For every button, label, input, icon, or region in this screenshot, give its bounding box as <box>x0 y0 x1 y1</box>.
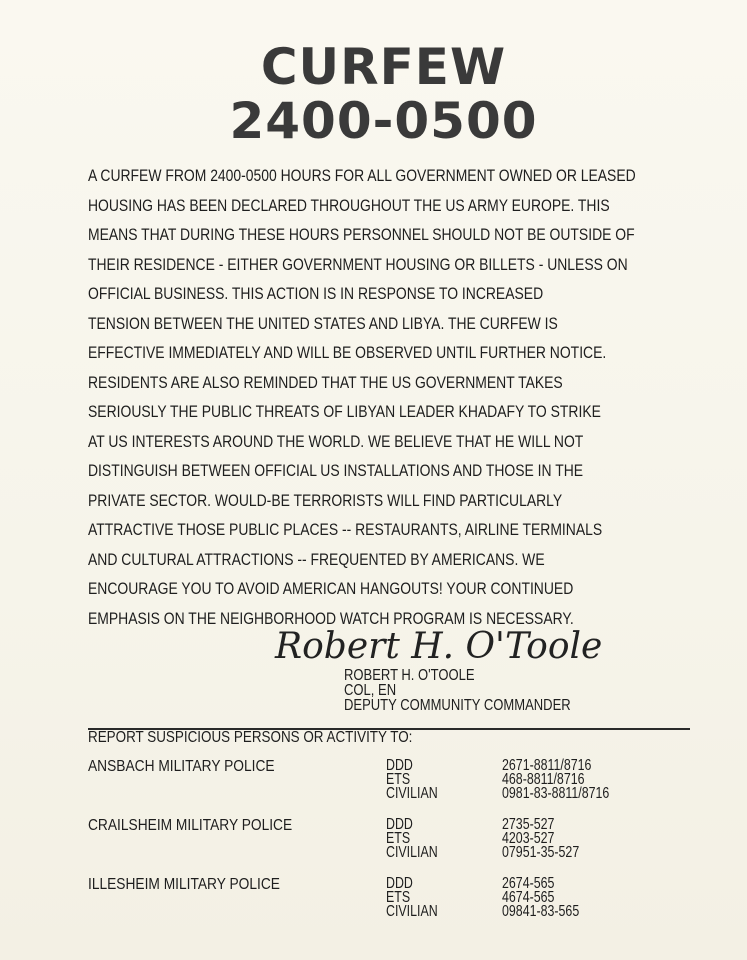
document-subtitle: 2400-0500 <box>10 92 747 150</box>
body-line: TENSION BETWEEN THE UNITED STATES AND LI… <box>88 310 690 340</box>
document-title: CURFEW <box>10 38 747 96</box>
phone-number: 09841-83-565 <box>502 904 579 919</box>
body-line: EFFECTIVE IMMEDIATELY AND WILL BE OBSERV… <box>88 339 690 369</box>
body-line: ENCOURAGE YOU TO AVOID AMERICAN HANGOUTS… <box>88 575 690 605</box>
report-heading: REPORT SUSPICIOUS PERSONS OR ACTIVITY TO… <box>88 729 412 747</box>
station-name: CRAILSHEIM MILITARY POLICE <box>88 817 292 835</box>
phone-type: CIVILIAN <box>386 845 438 860</box>
body-line: AT US INTERESTS AROUND THE WORLD. WE BEL… <box>88 428 690 458</box>
signer-name: ROBERT H. O'TOOLE <box>344 668 571 683</box>
signer-position: DEPUTY COMMUNITY COMMANDER <box>344 698 571 713</box>
body-line: ATTRACTIVE THOSE PUBLIC PLACES -- RESTAU… <box>88 516 690 546</box>
station-name: ANSBACH MILITARY POLICE <box>88 758 275 776</box>
phone-number: 0981-83-8811/8716 <box>502 786 609 801</box>
body-line: DISTINGUISH BETWEEN OFFICIAL US INSTALLA… <box>88 457 690 487</box>
body-text: A CURFEW FROM 2400-0500 HOURS FOR ALL GO… <box>88 162 604 634</box>
station-name: ILLESHEIM MILITARY POLICE <box>88 876 280 894</box>
phone-number: 07951-35-527 <box>502 845 579 860</box>
body-line: AND CULTURAL ATTRACTIONS -- FREQUENTED B… <box>88 546 690 576</box>
body-line: A CURFEW FROM 2400-0500 HOURS FOR ALL GO… <box>88 162 690 192</box>
body-line: HOUSING HAS BEEN DECLARED THROUGHOUT THE… <box>88 192 690 222</box>
body-line: SERIOUSLY THE PUBLIC THREATS OF LIBYAN L… <box>88 398 690 428</box>
body-line: THEIR RESIDENCE - EITHER GOVERNMENT HOUS… <box>88 251 690 281</box>
body-line: MEANS THAT DURING THESE HOURS PERSONNEL … <box>88 221 690 251</box>
body-line: OFFICIAL BUSINESS. THIS ACTION IS IN RES… <box>88 280 690 310</box>
handwritten-signature: Robert H. O'Toole <box>275 626 602 667</box>
phone-type: CIVILIAN <box>386 904 438 919</box>
body-line: RESIDENTS ARE ALSO REMINDED THAT THE US … <box>88 369 690 399</box>
signature-block: ROBERT H. O'TOOLE COL, EN DEPUTY COMMUNI… <box>344 668 571 713</box>
signer-rank: COL, EN <box>344 683 571 698</box>
phone-type: CIVILIAN <box>386 786 438 801</box>
body-line: PRIVATE SECTOR. WOULD-BE TERRORISTS WILL… <box>88 487 690 517</box>
